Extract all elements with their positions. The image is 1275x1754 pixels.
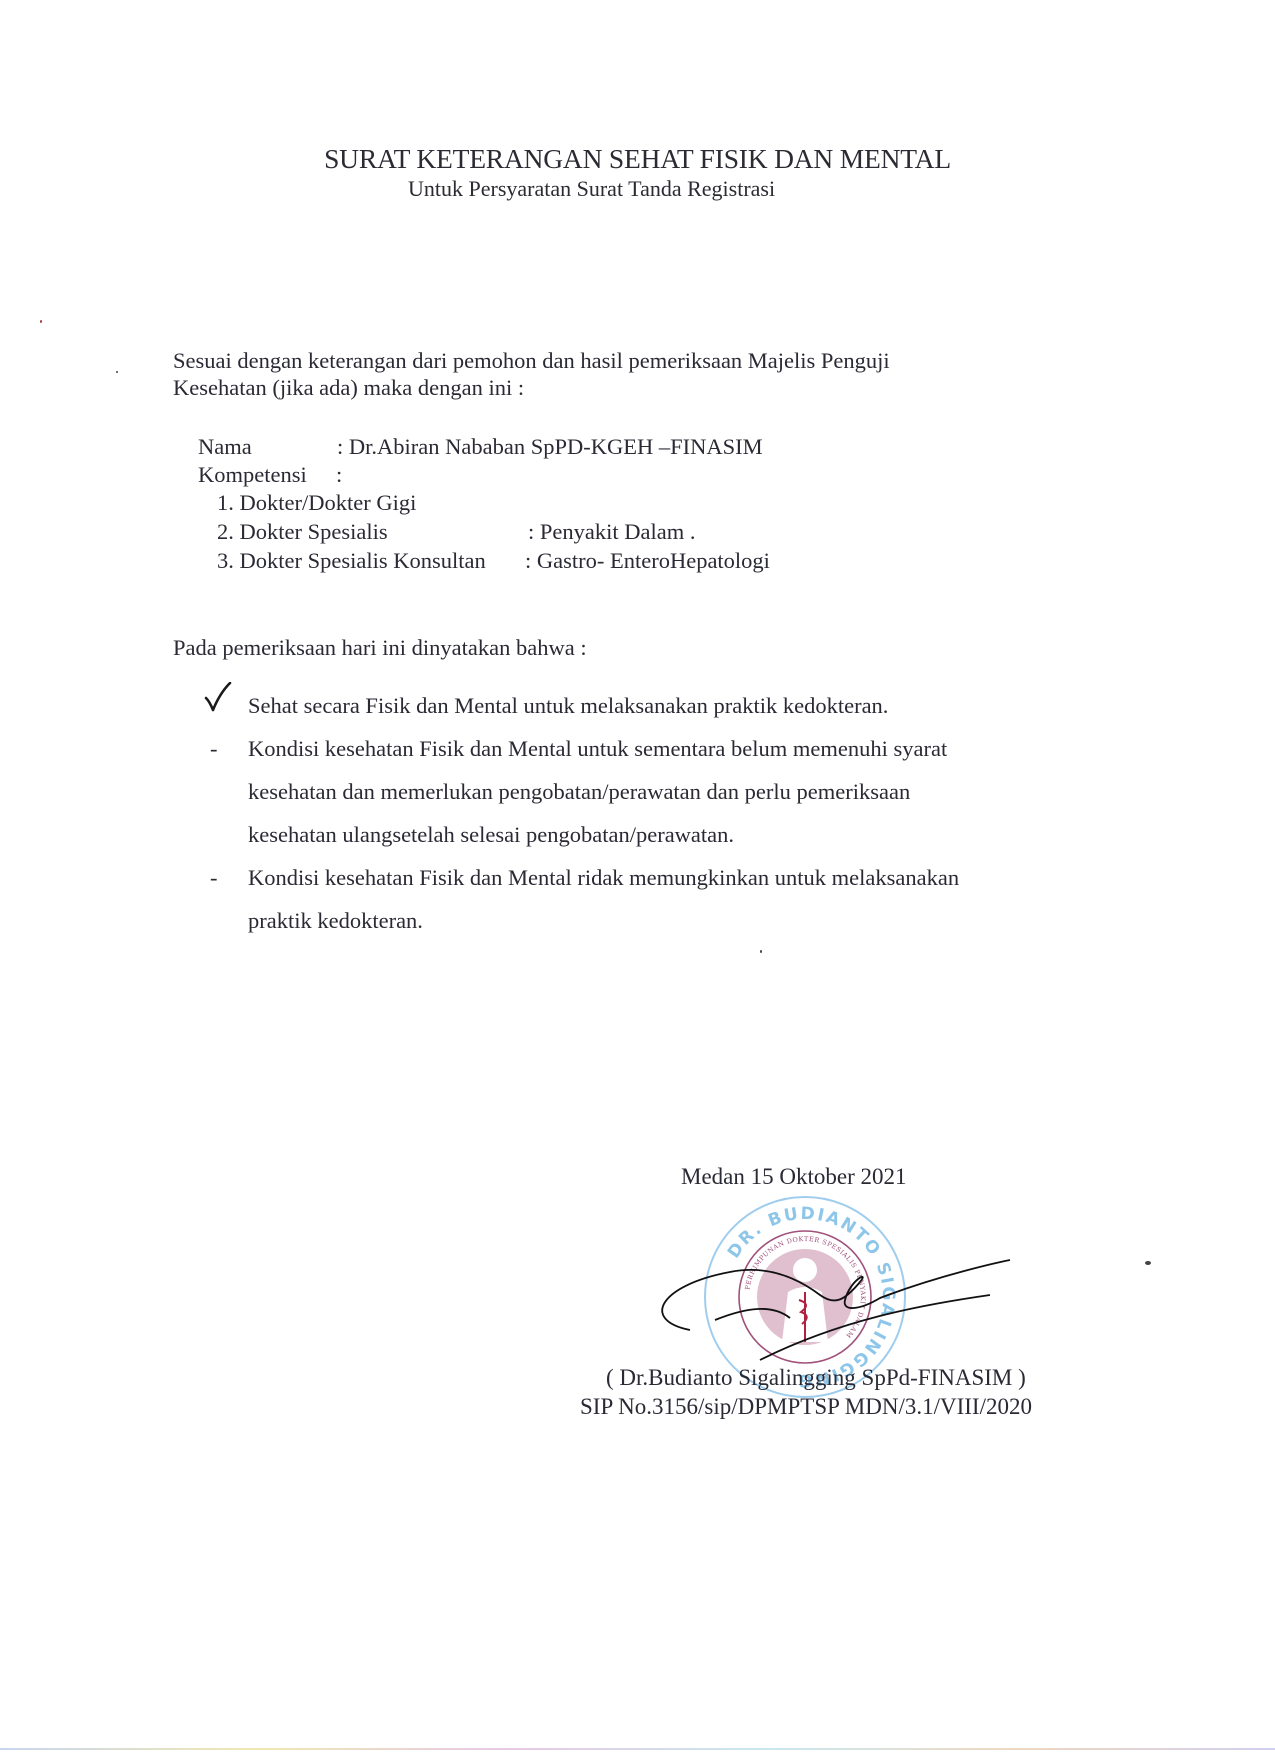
place-date: Medan 15 Oktober 2021 — [681, 1164, 907, 1190]
option-2-line-2: kesehatan dan memerlukan pengobatan/pera… — [248, 779, 910, 805]
intro-line-1: Sesuai dengan keterangan dari pemohon da… — [173, 347, 890, 374]
option-3-line-2: praktik kedokteran. — [248, 908, 423, 934]
check-icon — [204, 682, 232, 714]
option-2-dash: - — [210, 736, 218, 762]
field-nama-label: Nama — [198, 434, 252, 460]
scan-speck — [760, 950, 762, 953]
competency-item-3-value: : Gastro- EnteroHepatologi — [525, 548, 770, 574]
scan-speck — [116, 371, 118, 373]
signatory-sip: SIP No.3156/sip/DPMPTSP MDN/3.1/VIII/202… — [580, 1394, 1032, 1420]
competency-item-1: 1. Dokter/Dokter Gigi — [217, 490, 416, 516]
competency-item-3: 3. Dokter Spesialis Konsultan — [217, 548, 486, 574]
signatory-name: ( Dr.Budianto Sigalingging SpPd-FINASIM … — [606, 1365, 1026, 1391]
intro-line-2: Kesehatan (jika ada) maka dengan ini : — [173, 374, 890, 401]
signature-icon — [620, 1200, 1020, 1370]
option-1-line-1: Sehat secara Fisik dan Mental untuk mela… — [248, 693, 888, 719]
option-2-line-1: Kondisi kesehatan Fisik dan Mental untuk… — [248, 736, 947, 762]
option-3-dash: - — [210, 865, 218, 891]
competency-item-2-value: : Penyakit Dalam . — [528, 519, 695, 545]
competency-item-2: 2. Dokter Spesialis — [217, 519, 388, 545]
field-nama-value: : Dr.Abiran Nababan SpPD-KGEH –FINASIM — [337, 434, 763, 460]
field-kompetensi-label: Kompetensi — [198, 462, 307, 488]
option-2-line-3: kesehatan ulangsetelah selesai pengobata… — [248, 822, 734, 848]
scan-speck — [40, 320, 42, 323]
statement-intro: Pada pemeriksaan hari ini dinyatakan bah… — [173, 635, 587, 661]
scan-speck — [1145, 1261, 1151, 1265]
document-subtitle: Untuk Persyaratan Surat Tanda Registrasi — [408, 176, 775, 202]
document-title: SURAT KETERANGAN SEHAT FISIK DAN MENTAL — [0, 143, 1275, 175]
option-3-line-1: Kondisi kesehatan Fisik dan Mental ridak… — [248, 865, 959, 891]
intro-paragraph: Sesuai dengan keterangan dari pemohon da… — [173, 347, 890, 401]
field-kompetensi-colon: : — [336, 462, 342, 488]
scan-edge — [0, 1748, 1275, 1750]
